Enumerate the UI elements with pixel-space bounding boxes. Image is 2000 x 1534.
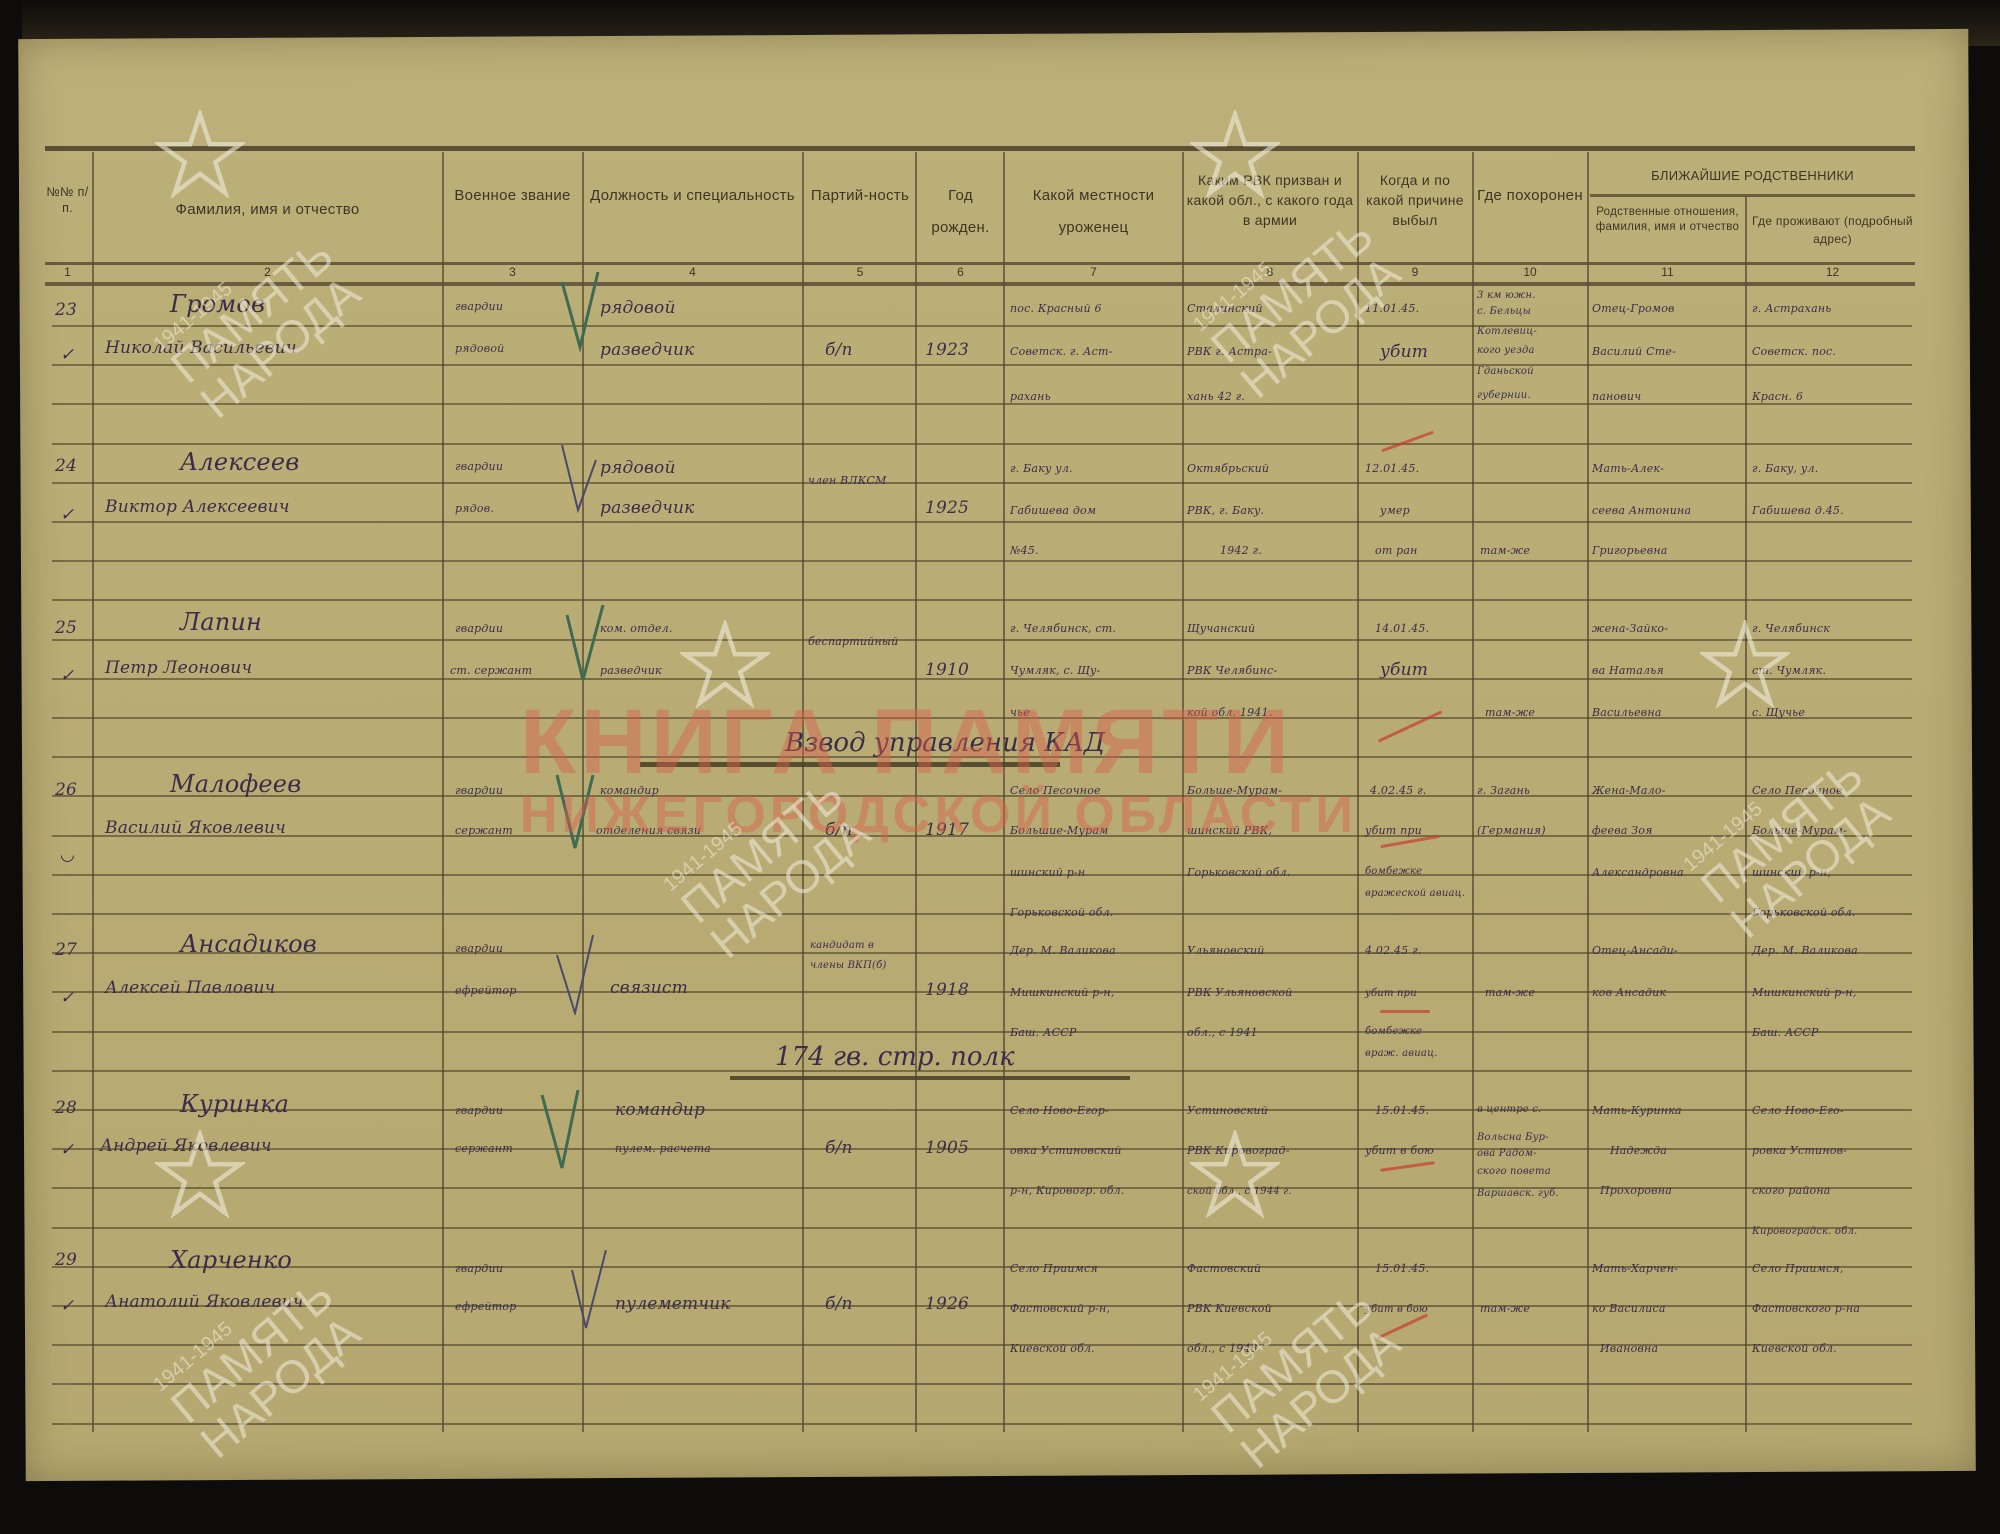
row-23-buried-3: Котлевиц- xyxy=(1477,326,1537,337)
colnum-12: 12 xyxy=(1750,265,1915,279)
row-24-when-3: от ран xyxy=(1375,544,1418,557)
row-25-addr-2: ст. Чумляк. xyxy=(1752,664,1826,677)
row-26-addr-3: шинский р-н, xyxy=(1752,866,1831,879)
row-23-buried-2: с. Бельцы xyxy=(1477,306,1531,317)
watermark-memory-of-people: 1941-1945 ПАМЯТЬ НАРОДА xyxy=(150,216,370,426)
row-26-when-2: убит при xyxy=(1365,824,1422,837)
row-27-party: кандидат в члены ВКП(б) xyxy=(810,936,905,976)
row-24-when-2: умер xyxy=(1380,504,1410,517)
row-26-when-3: бомбежке xyxy=(1365,866,1422,877)
row-25-rel-2: ва Наталья xyxy=(1592,664,1664,677)
register-sheet: №№ п/п. Фамилия, имя и отчество Военное … xyxy=(0,0,2000,1534)
ruled-line xyxy=(52,482,1912,484)
row-26-rel-2: феева Зоя xyxy=(1592,824,1653,837)
row-26-year: 1917 xyxy=(925,820,969,840)
header-col-5: Партий-ность xyxy=(805,180,915,212)
ruled-line xyxy=(52,443,1912,445)
colnum-2: 2 xyxy=(95,265,440,279)
row-27-rel-2: ков Ансадик xyxy=(1592,986,1666,999)
col-divider xyxy=(802,152,804,1432)
row-25-rank-1: гвардии xyxy=(455,622,503,635)
row-24-year: 1925 xyxy=(925,498,969,518)
row-27-when-4: враж. авиац. xyxy=(1365,1048,1438,1059)
row-24-draft-2: РВК, г. Баку. xyxy=(1187,504,1264,517)
row-25-num: 25 xyxy=(55,618,77,638)
check-mark-icon xyxy=(565,605,605,685)
ruled-line xyxy=(52,678,1912,680)
row-tick-icon: ◡ xyxy=(60,845,75,865)
col-divider xyxy=(1472,152,1474,1432)
row-27-addr-2: Мишкинский р-н, xyxy=(1752,986,1857,999)
star-icon xyxy=(155,110,245,200)
row-23-addr-1: г. Астрахань xyxy=(1752,302,1831,315)
row-24-party: член ВЛКСМ xyxy=(808,462,908,500)
row-24-bp-3: №45. xyxy=(1010,544,1039,557)
row-24-draft-1: Октябрьский xyxy=(1187,462,1269,475)
watermark-memory-of-people: 1941-1945 ПАМЯТЬ НАРОДА xyxy=(660,756,880,966)
row-28-addr-4: Кировоградск. обл. xyxy=(1752,1226,1857,1237)
row-25-draft-3: кой обл. 1941. xyxy=(1187,706,1272,719)
row-23-buried-4: кого уезда xyxy=(1477,345,1535,356)
ruled-line xyxy=(52,521,1912,523)
row-26-draft-3: Горьковской обл. xyxy=(1187,866,1291,879)
row-24-surname: Алексеев xyxy=(180,448,299,476)
header-col-3: Военное звание xyxy=(445,180,580,212)
row-29-addr-3: Киевской обл. xyxy=(1752,1342,1837,1355)
red-pencil-mark xyxy=(1381,431,1434,453)
row-28-rel-1: Мать-Куринка xyxy=(1592,1104,1682,1117)
row-23-pos-1: рядовой xyxy=(600,298,676,318)
row-28-when-1: 15.01.45. xyxy=(1375,1104,1429,1117)
row-25-addr-1: г. Челябинск xyxy=(1752,622,1830,635)
row-26-bp-4: Горьковской обл. xyxy=(1010,906,1114,919)
row-23-buried-6: губернии. xyxy=(1477,390,1531,401)
row-28-rank-2: сержант xyxy=(455,1142,513,1155)
header-col-2: Фамилия, имя и отчество xyxy=(95,195,440,225)
row-28-buried-4: ского повета xyxy=(1477,1166,1551,1177)
row-25-addr-3: с. Щучье xyxy=(1752,706,1805,719)
row-27-bp-2: Мишкинский р-н, xyxy=(1010,986,1115,999)
row-23-rel-3: панович xyxy=(1592,390,1641,403)
row-28-rank-1: гвардии xyxy=(455,1104,503,1117)
header-col-7: Какой местности уроженец xyxy=(1006,180,1181,244)
row-26-when-1: 4.02.45 г. xyxy=(1370,784,1427,797)
row-26-num: 26 xyxy=(55,780,77,800)
row-25-bp-3: чье xyxy=(1010,706,1030,719)
row-26-bp-2: Большие-Мурам xyxy=(1010,824,1108,837)
row-23-addr-2: Советск. пос. xyxy=(1752,345,1836,358)
header-col-4: Должность и специальность xyxy=(585,180,800,212)
colnum-8: 8 xyxy=(1185,265,1355,279)
row-23-party: б/п xyxy=(825,340,853,360)
row-24-buried: там-же xyxy=(1480,544,1530,557)
row-26-bp-1: Село Песочное xyxy=(1010,784,1101,797)
col-divider xyxy=(1745,196,1747,1432)
row-27-when-1: 4.02.45 г. xyxy=(1365,944,1422,957)
check-mark-icon xyxy=(570,1250,610,1330)
row-27-draft-3: обл., с 1941 xyxy=(1187,1026,1258,1039)
row-24-addr-1: г. Баку, ул. xyxy=(1752,462,1818,475)
row-29-bp-1: Село Приимся xyxy=(1010,1262,1098,1275)
row-25-buried: там-же xyxy=(1485,706,1535,719)
row-28-pos-1: командир xyxy=(615,1100,705,1120)
row-28-year: 1905 xyxy=(925,1138,969,1158)
row-tick-icon: ✓ xyxy=(60,345,74,365)
row-26-rel-1: Жена-Мало- xyxy=(1592,784,1666,797)
row-23-buried-1: 3 км южн. xyxy=(1477,290,1536,301)
row-23-bp-3: рахань xyxy=(1010,390,1051,403)
row-28-when-2: убит в бою xyxy=(1365,1144,1434,1157)
ruled-line xyxy=(52,639,1912,641)
row-23-surname: Громов xyxy=(170,290,265,318)
colnum-6: 6 xyxy=(918,265,1003,279)
row-24-name: Виктор Алексеевич xyxy=(105,497,290,517)
row-27-name: Алексей Павлович xyxy=(105,978,275,998)
header-col-6: Год рожден. xyxy=(918,180,1003,244)
row-23-year: 1923 xyxy=(925,340,969,360)
check-mark-icon xyxy=(560,440,600,520)
row-27-bp-1: Дер. М. Валикова xyxy=(1010,944,1116,957)
colnum-4: 4 xyxy=(585,265,800,279)
row-23-pos-2: разведчик xyxy=(600,340,695,360)
row-25-draft-2: РВК Челябинс- xyxy=(1187,664,1277,677)
row-26-pos-1: командир xyxy=(600,784,659,797)
colnum-7: 7 xyxy=(1006,265,1181,279)
row-28-draft-2: РВК Кировоград- xyxy=(1187,1144,1290,1157)
row-28-num: 28 xyxy=(55,1098,77,1118)
red-pencil-mark xyxy=(1378,710,1443,742)
relatives-group-divider xyxy=(1590,194,1915,197)
row-27-addr-3: Баш. АССР xyxy=(1752,1026,1818,1039)
row-29-draft-3: обл., с 1943 xyxy=(1187,1342,1258,1355)
header-relatives-group: БЛИЖАЙШИЕ РОДСТВЕННИКИ xyxy=(1590,168,1915,184)
row-28-name: Андрей Яковлевич xyxy=(100,1136,272,1156)
row-26-bp-3: шинский р-н xyxy=(1010,866,1085,879)
col-divider xyxy=(92,152,94,1432)
row-26-buried-2: (Германия) xyxy=(1477,824,1546,837)
row-26-addr-4: Горьковской обл. xyxy=(1752,906,1856,919)
row-28-bp-3: р-н, Кировогр. обл. xyxy=(1010,1184,1125,1197)
row-23-rel-1: Отец-Громов xyxy=(1592,302,1675,315)
star-icon xyxy=(680,620,770,710)
row-28-addr-2: ровка Устинов- xyxy=(1752,1144,1847,1157)
ruled-line xyxy=(52,403,1912,405)
row-29-bp-2: Фастовский р-н, xyxy=(1010,1302,1110,1315)
colnum-11: 11 xyxy=(1590,265,1745,279)
row-27-draft-1: Ульяновский xyxy=(1187,944,1265,957)
row-25-rel-1: жена-Зайко- xyxy=(1592,622,1668,635)
colnum-5: 5 xyxy=(805,265,915,279)
row-29-rank-2: ефрейтор xyxy=(455,1300,516,1313)
row-24-rank-1: гвардии xyxy=(455,460,503,473)
row-29-draft-1: Фастовский xyxy=(1187,1262,1261,1275)
row-24-rank-2: рядов. xyxy=(455,502,494,515)
row-23-when-2: убит xyxy=(1380,342,1428,362)
row-24-draft-3: 1942 г. xyxy=(1220,544,1262,557)
row-28-addr-3: ского района xyxy=(1752,1184,1831,1197)
ruled-line xyxy=(52,913,1912,915)
row-26-surname: Малофеев xyxy=(170,770,301,798)
col-divider xyxy=(442,152,444,1432)
row-26-when-4: вражеской авиац. xyxy=(1365,888,1465,899)
colnum-9: 9 xyxy=(1360,265,1470,279)
row-23-bp-1: пос. Красный 6 xyxy=(1010,302,1102,315)
ruled-line xyxy=(52,1227,1912,1229)
check-mark-icon xyxy=(540,1090,580,1170)
row-27-draft-2: РВК Ульяновской xyxy=(1187,986,1292,999)
ruled-line xyxy=(52,560,1912,562)
header-col-8: Каким РВК призван и какой обл., с какого… xyxy=(1185,170,1355,230)
row-27-buried: там-же xyxy=(1485,986,1535,999)
row-25-name: Петр Леонович xyxy=(105,658,252,678)
row-28-party: б/п xyxy=(825,1138,853,1158)
row-tick-icon: ✓ xyxy=(60,505,74,525)
row-29-rel-2: ко Василиса xyxy=(1592,1302,1666,1315)
ruled-line xyxy=(52,1383,1912,1385)
header-col-1: №№ п/п. xyxy=(45,184,90,216)
row-27-addr-1: Дер. М. Валикова xyxy=(1752,944,1858,957)
row-28-addr-1: Село Ново-Его- xyxy=(1752,1104,1844,1117)
row-24-addr-2: Габишева д.45. xyxy=(1752,504,1844,517)
row-29-addr-2: Фастовского р-на xyxy=(1752,1302,1860,1315)
check-mark-icon xyxy=(555,770,595,850)
row-26-rank-2: сержант xyxy=(455,824,513,837)
ruled-line xyxy=(52,1031,1912,1033)
row-26-party: б/п xyxy=(825,820,853,840)
row-26-rel-3: Александровна xyxy=(1592,866,1684,879)
row-27-rank-2: ефрейтор xyxy=(455,984,516,997)
row-25-bp-1: г. Челябинск, ст. xyxy=(1010,622,1116,635)
row-25-bp-2: Чумляк, с. Щу- xyxy=(1010,664,1100,677)
red-pencil-mark xyxy=(1377,1314,1428,1340)
ruled-line xyxy=(52,325,1912,327)
row-24-pos-2: разведчик xyxy=(600,498,695,518)
row-23-rank-2: рядовой xyxy=(455,342,504,355)
row-23-draft-1: Сталинский xyxy=(1187,302,1263,315)
row-25-when-2: убит xyxy=(1380,660,1428,680)
row-28-buried-2: Вольсна Бур- xyxy=(1477,1132,1549,1143)
row-26-addr-1: Село Песочное xyxy=(1752,784,1843,797)
header-col-11: Родственные отношения, фамилия, имя и от… xyxy=(1590,205,1745,235)
col-divider xyxy=(915,152,917,1432)
row-29-when-2: убит в бою xyxy=(1365,1304,1428,1315)
row-29-when-1: 15.01.45. xyxy=(1375,1262,1429,1275)
row-29-name: Анатолий Яковлевич xyxy=(105,1292,304,1312)
row-28-pos-2: пулем. расчета xyxy=(615,1142,711,1155)
row-26-rank-1: гвардии xyxy=(455,784,503,797)
section-underline xyxy=(640,762,1060,767)
row-26-buried-1: г. Загань xyxy=(1477,784,1530,797)
row-29-rank-1: гвардии xyxy=(455,1262,503,1275)
row-29-party: б/п xyxy=(825,1294,853,1314)
row-24-rel-3: Григорьевна xyxy=(1592,544,1668,557)
row-28-buried-3: ова Радом- xyxy=(1477,1148,1537,1159)
row-25-pos-2: разведчик xyxy=(600,664,662,677)
row-23-rel-2: Василий Сте- xyxy=(1592,345,1676,358)
colnum-1: 1 xyxy=(45,265,90,279)
row-29-pos-1: пулеметчик xyxy=(615,1294,731,1314)
header-col-9: Когда и по какой причине выбыл xyxy=(1360,170,1470,230)
colnum-10: 10 xyxy=(1475,265,1585,279)
row-29-bp-3: Киевской обл. xyxy=(1010,1342,1095,1355)
row-28-bp-2: овка Устиновский xyxy=(1010,1144,1122,1157)
row-28-draft-1: Устиновский xyxy=(1187,1104,1268,1117)
row-23-bp-2: Советск. г. Аст- xyxy=(1010,345,1113,358)
row-23-name: Николай Васильевич xyxy=(105,338,297,358)
row-24-rel-1: Мать-Алек- xyxy=(1592,462,1664,475)
row-25-year: 1910 xyxy=(925,660,969,680)
row-28-rel-3: Прохоровна xyxy=(1600,1184,1672,1197)
row-25-party: беспартийный xyxy=(808,622,908,662)
row-23-rank-1: гвардии xyxy=(455,300,503,313)
row-24-when-1: 12.01.45. xyxy=(1365,462,1419,475)
row-tick-icon: ✓ xyxy=(60,1296,74,1316)
row-29-rel-3: Ивановна xyxy=(1600,1342,1658,1355)
row-tick-icon: ✓ xyxy=(60,1140,74,1160)
row-27-when-2: убит при xyxy=(1365,988,1417,999)
ruled-line xyxy=(52,1423,1912,1425)
row-23-addr-3: Красн. 6 xyxy=(1752,390,1803,403)
colnum-bottom-rule xyxy=(45,282,1915,286)
row-24-pos-1: рядовой xyxy=(600,458,676,478)
row-26-pos-2: отделения связи xyxy=(596,824,701,837)
row-tick-icon: ✓ xyxy=(60,988,74,1008)
section-title-174-regiment: 174 гв. стр. полк xyxy=(775,1042,1015,1072)
section-underline xyxy=(730,1076,1130,1080)
row-27-rank-1: гвардии xyxy=(455,942,503,955)
row-24-rel-2: сеева Антонина xyxy=(1592,504,1691,517)
section-title-kad-platoon: Взвод управления КАД xyxy=(785,728,1105,758)
row-29-rel-1: Мать-Харчен- xyxy=(1592,1262,1678,1275)
row-23-draft-2: РВК г. Астра- xyxy=(1187,345,1272,358)
row-25-pos-1: ком. отдел. xyxy=(600,622,673,635)
row-24-num: 24 xyxy=(55,456,77,476)
red-pencil-mark xyxy=(1380,1010,1430,1013)
row-25-when-1: 14.01.45. xyxy=(1375,622,1429,635)
red-pencil-mark xyxy=(1380,1161,1435,1172)
row-27-year: 1918 xyxy=(925,980,969,1000)
row-26-draft-1: Больше-Мурам- xyxy=(1187,784,1282,797)
row-29-draft-2: РВК Киевской xyxy=(1187,1302,1272,1315)
watermark-memory-of-people: 1941-1945 ПАМЯТЬ НАРОДА xyxy=(1190,1266,1410,1476)
row-tick-icon: ✓ xyxy=(60,666,74,686)
row-27-rel-1: Отец-Ансади- xyxy=(1592,944,1678,957)
row-28-rel-2: Надежда xyxy=(1610,1144,1667,1157)
row-26-name: Василий Яковлевич xyxy=(105,818,286,838)
row-23-buried-5: Гданьской xyxy=(1477,366,1534,377)
row-29-num: 29 xyxy=(55,1250,77,1270)
row-23-draft-3: хань 42 г. xyxy=(1187,390,1245,403)
row-29-buried: там-же xyxy=(1480,1302,1530,1315)
header-col-12: Где проживают (подробный адрес) xyxy=(1750,212,1915,248)
watermark-memory-of-people: 1941-1945 ПАМЯТЬ НАРОДА xyxy=(150,1256,370,1466)
row-25-draft-1: Щучанский xyxy=(1187,622,1255,635)
row-28-bp-1: Село Ново-Егор- xyxy=(1010,1104,1109,1117)
row-28-buried-5: Варшавск. губ. xyxy=(1477,1188,1559,1199)
row-25-rank-2: ст. сержант xyxy=(450,664,532,677)
col-divider xyxy=(1357,152,1359,1432)
row-28-buried-1: в центре с. xyxy=(1477,1104,1541,1115)
ruled-line xyxy=(52,364,1912,366)
row-26-addr-2: Больше-Мурам- xyxy=(1752,824,1847,837)
header-col-10: Где похоронен xyxy=(1475,180,1585,212)
row-28-surname: Куринка xyxy=(180,1090,289,1118)
row-27-when-3: бомбежке xyxy=(1365,1026,1422,1037)
row-23-when-1: 11.01.45. xyxy=(1365,302,1419,315)
row-26-draft-2: шинский РВК, xyxy=(1187,824,1272,837)
row-24-bp-1: г. Баку ул. xyxy=(1010,462,1073,475)
col-divider xyxy=(1182,152,1184,1432)
row-25-rel-3: Васильевна xyxy=(1592,706,1662,719)
row-29-addr-1: Село Приимся, xyxy=(1752,1262,1844,1275)
check-mark-icon xyxy=(555,935,595,1015)
ruled-line xyxy=(52,599,1912,601)
col-divider xyxy=(1587,152,1589,1432)
top-rule xyxy=(45,146,1915,151)
row-27-surname: Ансадиков xyxy=(180,930,317,958)
row-27-bp-3: Баш. АССР xyxy=(1010,1026,1076,1039)
row-23-num: 23 xyxy=(55,300,77,320)
row-28-draft-3: ской обл., с 1944 г. xyxy=(1187,1186,1292,1197)
row-29-surname: Харченко xyxy=(170,1246,292,1274)
check-mark-icon xyxy=(560,272,600,352)
col-divider xyxy=(1003,152,1005,1432)
row-24-bp-2: Габишева дом xyxy=(1010,504,1096,517)
row-27-num: 27 xyxy=(55,940,77,960)
row-27-pos-1: связист xyxy=(610,978,688,998)
row-25-surname: Лапин xyxy=(180,608,262,636)
row-29-year: 1926 xyxy=(925,1294,969,1314)
